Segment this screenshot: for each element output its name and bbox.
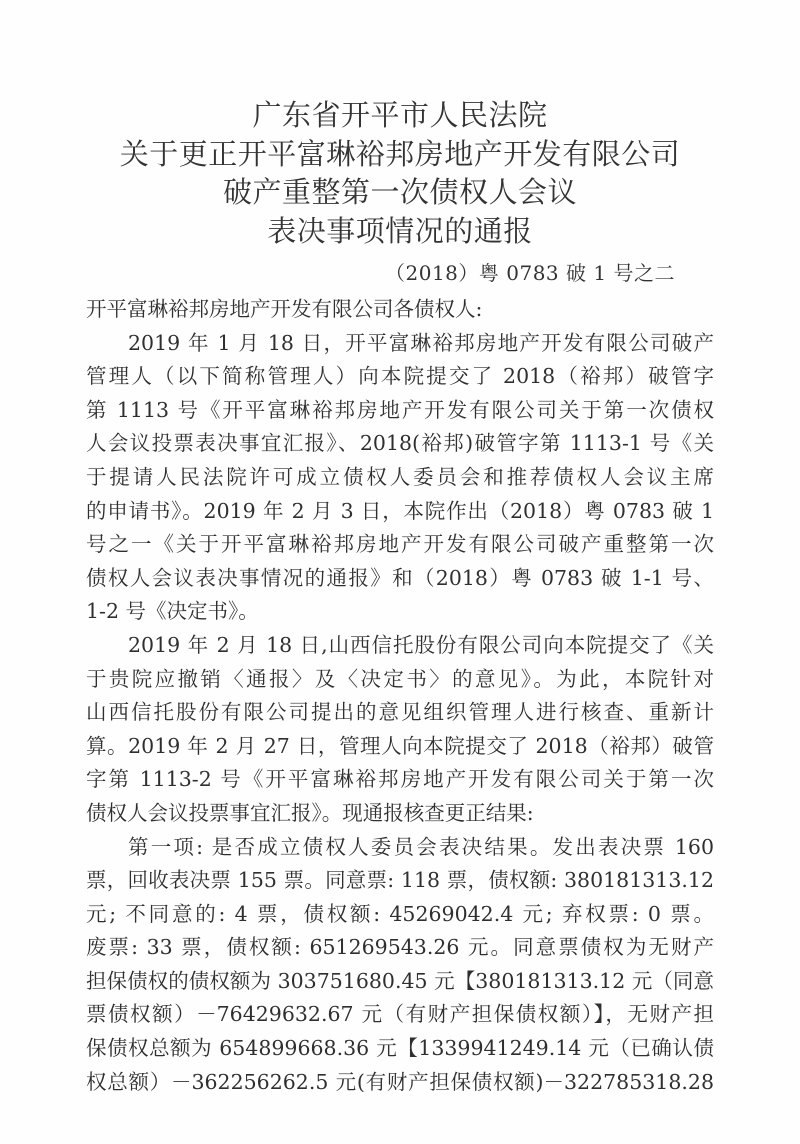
- title-line-meeting: 破产重整第一次债权人会议: [0, 173, 800, 212]
- paragraph-line: 票债权额）－76429632.67 元（有财产担保债权额）】，无财产担: [86, 998, 714, 1032]
- paragraph-line: 号之一《关于开平富琳裕邦房地产开发有限公司破产重整第一次: [86, 528, 714, 562]
- paragraph-line: 元; 不同意的: 4 票，债权额: 45269042.4 元; 弃权票: 0 票…: [86, 898, 714, 932]
- salutation: 开平富琳裕邦房地产开发有限公司各债权人:: [86, 293, 714, 327]
- paragraph-line: 于贵院应撤销〈通报〉及〈决定书〉的意见》。为此，本院针对: [86, 663, 714, 697]
- document-title: 广东省开平市人民法院 关于更正开平富琳裕邦房地产开发有限公司 破产重整第一次债权…: [0, 96, 800, 250]
- paragraph-line: 第一项: 是否成立债权人委员会表决结果。发出表决票 160: [86, 831, 714, 865]
- paragraph-line: 票，回收表决票 155 票。同意票: 118 票，债权额: 380181313.…: [86, 864, 714, 898]
- document-body: 开平富琳裕邦房地产开发有限公司各债权人: 2019 年 1 月 18 日，开平富…: [86, 293, 714, 1099]
- paragraph-line: 于提请人民法院许可成立债权人委员会和推荐债权人会议主席: [86, 461, 714, 495]
- paragraph-line: 2019 年 2 月 18 日,山西信托股份有限公司向本院提交了《关: [86, 629, 714, 663]
- paragraph-line: 2019 年 1 月 18 日，开平富琳裕邦房地产开发有限公司破产: [86, 327, 714, 361]
- paragraph-line: 废票: 33 票，债权额: 651269543.26 元。同意票债权为无财产: [86, 931, 714, 965]
- paragraph-line: 字第 1113-2 号《开平富琳裕邦房地产开发有限公司关于第一次: [86, 763, 714, 797]
- paragraph-line: 人会议投票表决事宜汇报》、2018(裕邦)破管字第 1113-1 号《关: [86, 427, 714, 461]
- paragraph-line: 第 1113 号《开平富琳裕邦房地产开发有限公司关于第一次债权: [86, 394, 714, 428]
- title-line-court: 广东省开平市人民法院: [0, 96, 800, 135]
- paragraph-line: 的申请书》。2019 年 2 月 3 日，本院作出（2018）粤 0783 破 …: [86, 495, 714, 529]
- paragraph-line: 1-2 号《决定书》。: [86, 595, 714, 629]
- paragraph-line: 保债权总额为 654899668.36 元【1339941249.14 元（已确…: [86, 1032, 714, 1066]
- paragraph-line: 山西信托股份有限公司提出的意见组织管理人进行核查、重新计: [86, 696, 714, 730]
- paragraph-line: 管理人（以下简称管理人）向本院提交了 2018（裕邦）破管字: [86, 360, 714, 394]
- paragraph-line: 权总额）－362256262.5 元(有财产担保债权额)－322785318.2…: [86, 1066, 714, 1100]
- title-line-notice: 表决事项情况的通报: [0, 212, 800, 251]
- paragraph-line: 债权人会议表决事情况的通报》和（2018）粤 0783 破 1-1 号、: [86, 562, 714, 596]
- paragraph-2: 2019 年 2 月 18 日,山西信托股份有限公司向本院提交了《关 于贵院应撤…: [86, 629, 714, 831]
- paragraph-line: 担保债权的债权额为 303751680.45 元【380181313.12 元（…: [86, 965, 714, 999]
- paragraph-line: 算。2019 年 2 月 27 日，管理人向本院提交了 2018（裕邦）破管: [86, 730, 714, 764]
- paragraph-1: 2019 年 1 月 18 日，开平富琳裕邦房地产开发有限公司破产 管理人（以下…: [86, 327, 714, 629]
- document-page: 广东省开平市人民法院 关于更正开平富琳裕邦房地产开发有限公司 破产重整第一次债权…: [0, 0, 800, 1144]
- paragraph-line: 债权人会议投票事宜汇报》。现通报核查更正结果:: [86, 797, 714, 831]
- case-number: （2018）粤 0783 破 1 号之二: [385, 261, 675, 285]
- title-line-subject: 关于更正开平富琳裕邦房地产开发有限公司: [0, 135, 800, 174]
- paragraph-3: 第一项: 是否成立债权人委员会表决结果。发出表决票 160 票，回收表决票 15…: [86, 831, 714, 1100]
